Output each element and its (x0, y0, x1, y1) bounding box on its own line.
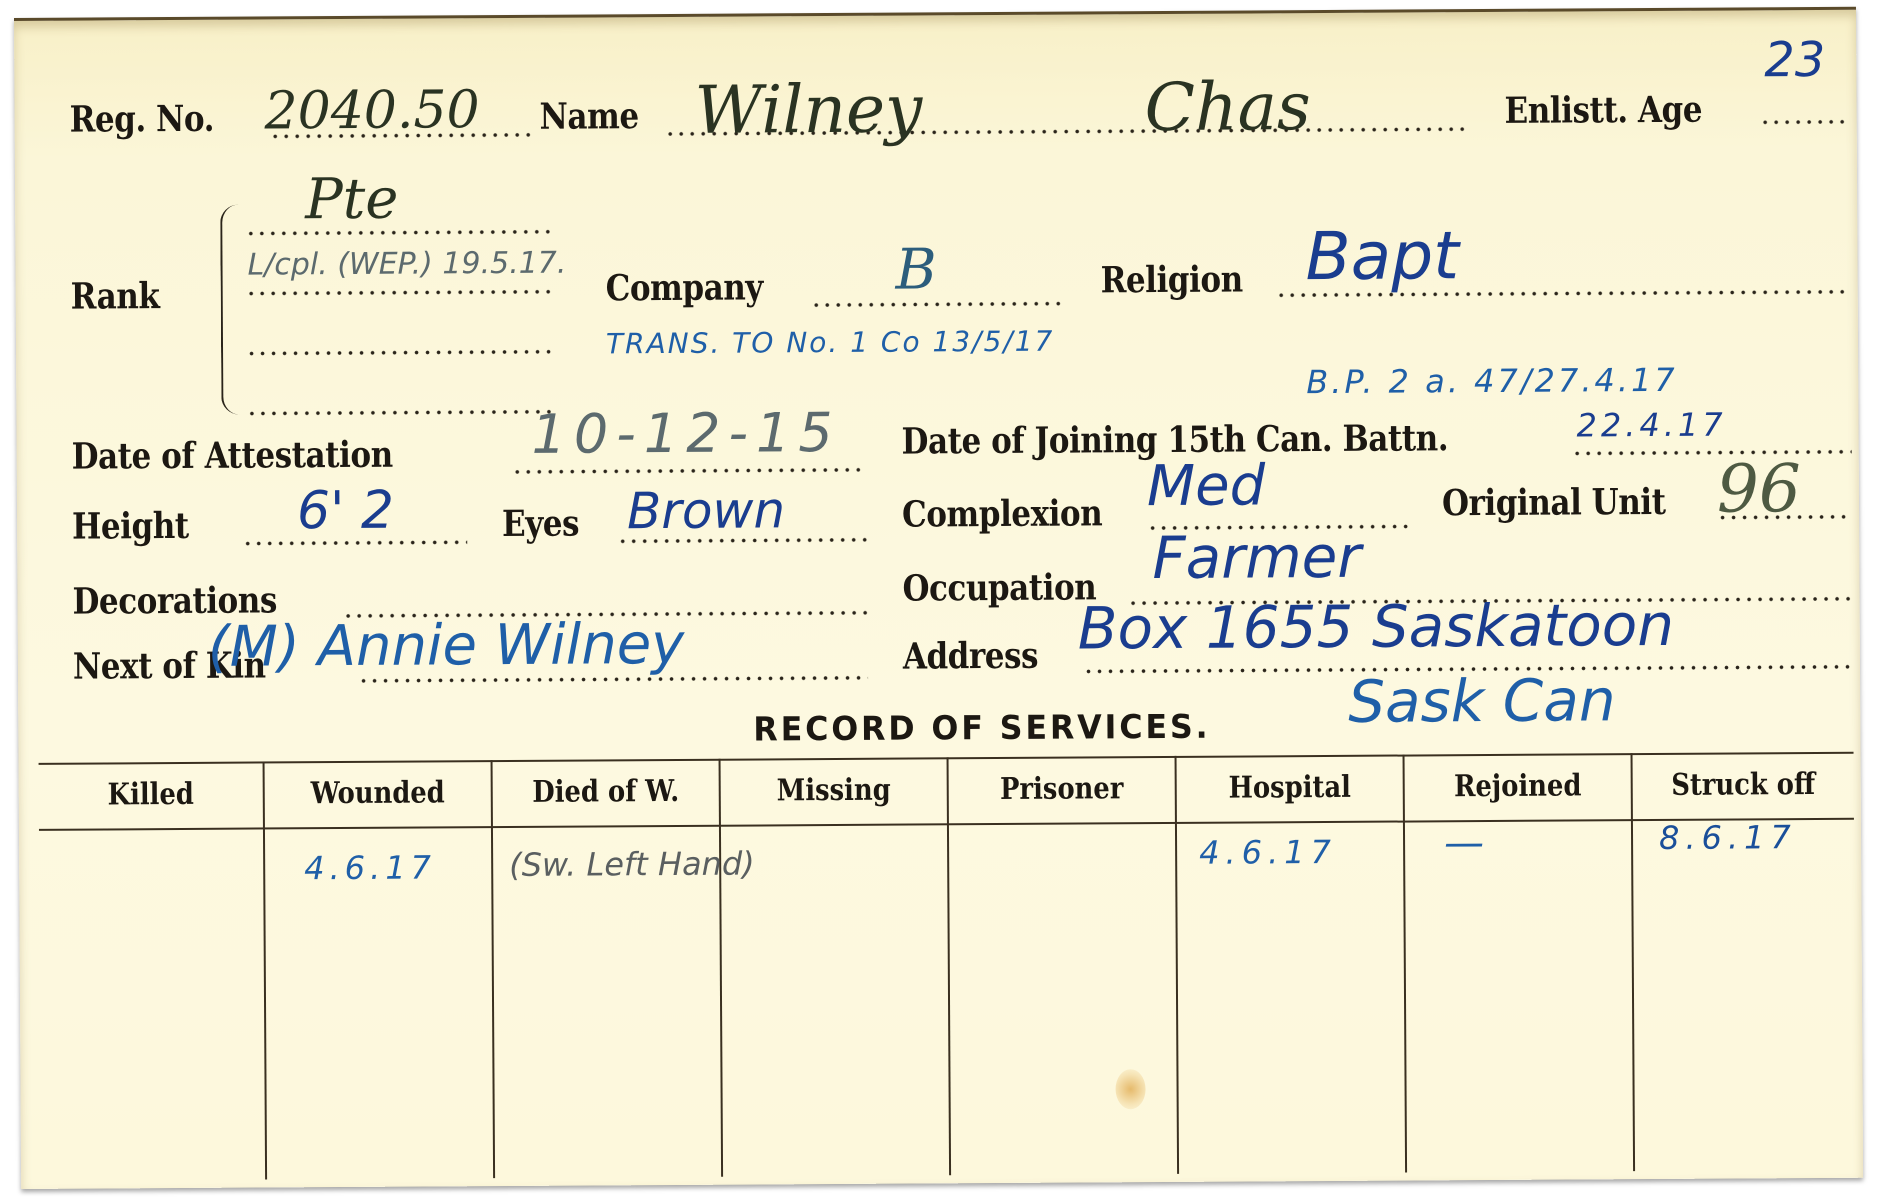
rank-line-3-dots (246, 350, 556, 356)
col-divider-7 (1631, 753, 1636, 1171)
col-header-prisoner: Prisoner (964, 771, 1159, 807)
date-joining-value: 22.4.17 (1576, 406, 1726, 445)
religion-label: Religion (1100, 258, 1242, 301)
col-divider-3 (719, 759, 724, 1177)
record-of-services-title: RECORD OF SERVICES. (753, 707, 1210, 749)
religion-value: Bapt (1305, 217, 1459, 295)
col-divider-2 (491, 760, 496, 1178)
address-line-2-value: Sask Can (1348, 666, 1616, 736)
rank-brace (220, 205, 243, 415)
rank-label: Rank (71, 275, 160, 318)
name-given-value: Chas (1144, 68, 1311, 146)
reg-no-value: 2040.50 (264, 80, 479, 141)
company-label: Company (606, 266, 764, 309)
col-header-missing: Missing (736, 772, 931, 808)
date-attestation-label: Date of Attestation (72, 434, 393, 478)
name-label: Name (539, 95, 638, 138)
col-header-rejoined: Rejoined (1420, 768, 1615, 804)
name-surname-value: Wilney (694, 70, 922, 148)
rank-line-2-dots (246, 290, 556, 296)
col-divider-4 (947, 757, 952, 1175)
col-header-killed: Killed (54, 777, 247, 813)
address-label: Address (903, 635, 1038, 678)
cell-wounded: 4.6.17 (304, 848, 436, 887)
company-value: B (895, 237, 937, 302)
occupation-value: Farmer (1152, 523, 1361, 592)
cell-hospital: 4.6.17 (1199, 833, 1337, 872)
occupation-label: Occupation (902, 566, 1096, 609)
height-label: Height (72, 505, 189, 548)
col-divider-5 (1175, 756, 1180, 1174)
col-header-hospital: Hospital (1192, 770, 1387, 806)
cell-rejoined: — (1444, 820, 1484, 866)
date-joining-note: B.P. 2 a. 47/27.4.17 (1306, 361, 1678, 401)
original-unit-label: Original Unit (1442, 481, 1666, 524)
rank-line-1-dots (245, 230, 555, 236)
enlist-age-label: Enlistt. Age (1504, 89, 1702, 132)
col-divider-6 (1403, 755, 1408, 1173)
col-header-died-of-wounds: Died of W. (508, 774, 703, 810)
next-of-kin-value: (M) Annie Wilney (208, 612, 685, 680)
rank-line-2-value: L/cpl. (WEP.) 19.5.17. (247, 246, 566, 283)
eyes-value: Brown (627, 481, 785, 540)
date-joining-dots (1572, 450, 1852, 456)
eyes-label: Eyes (502, 503, 579, 545)
reg-no-label: Reg. No. (69, 98, 214, 141)
height-dots (242, 540, 467, 545)
company-dots (811, 302, 1066, 308)
complexion-value: Med (1147, 453, 1266, 519)
col-header-wounded: Wounded (280, 775, 475, 811)
enlist-age-value: 23 (1764, 32, 1825, 88)
original-unit-value: 96 (1717, 450, 1801, 528)
rank-line-1-value: Pte (305, 167, 399, 233)
address-line-1-value: Box 1655 Saskatoon (1078, 591, 1675, 663)
company-transfer-note: TRANS. TO No. 1 Co 13/5/17 (606, 325, 1055, 361)
height-value: 6' 2 (297, 481, 394, 542)
date-attestation-dots (512, 468, 867, 474)
cell-died-of-wounds: (Sw. Left Hand) (509, 844, 755, 883)
col-header-struck-off: Struck off (1648, 767, 1838, 803)
attestation-card: Reg. No. 2040.50 Name Wilney Chas Enlist… (14, 7, 1863, 1189)
rank-line-4-dots (246, 410, 556, 416)
complexion-label: Complexion (902, 492, 1102, 535)
enlist-age-dots (1760, 120, 1850, 125)
col-divider-1 (263, 761, 268, 1179)
cell-struck-off: 8.6.17 (1659, 818, 1797, 857)
paper-stain (1115, 1069, 1145, 1109)
date-attestation-value: 10-12-15 (531, 401, 840, 466)
